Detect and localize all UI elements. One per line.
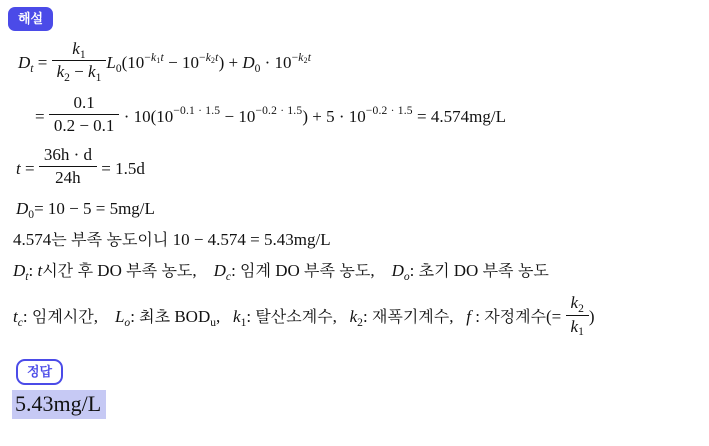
formula-do-deficit-general: Dt = k1k2 − k1L0(10−k1t − 10−k2t) + D0 ·… (18, 42, 701, 86)
formula-initial-deficit: D0= 10 − 5 = 5mg/L (16, 198, 701, 221)
answer-badge-row: 정답 (16, 359, 701, 385)
line-symbol-definitions-1: Dt: t시간 후 DO 부족 농도, Dc: 임계 DO 부족 농도, Do:… (13, 260, 701, 283)
line-deficit-conclusion: 4.574는 부족 농도이니 10 − 4.574 = 5.43mg/L (13, 229, 701, 252)
solution-page: 해설 Dt = k1k2 − k1L0(10−k1t − 10−k2t) + D… (0, 0, 709, 419)
explanation-badge: 해설 (8, 7, 53, 31)
formula-do-deficit-substituted: = 0.10.2 − 0.1 · 10(10−0.1 · 1.5 − 10−0.… (35, 96, 701, 140)
line-symbol-definitions-2: tc: 임계시간, Lo: 최초 BODu, k1: 탈산소계수, k2: 재폭… (13, 296, 701, 340)
solution-steps: Dt = k1k2 − k1L0(10−k1t − 10−k2t) + D0 ·… (8, 42, 701, 340)
answer-value: 5.43mg/L (12, 390, 106, 419)
answer-row: 5.43mg/L (8, 390, 701, 419)
answer-badge: 정답 (16, 359, 63, 385)
formula-time-conversion: t = 36h · d24h = 1.5d (16, 148, 701, 192)
explanation-badge-row: 해설 (8, 7, 701, 31)
